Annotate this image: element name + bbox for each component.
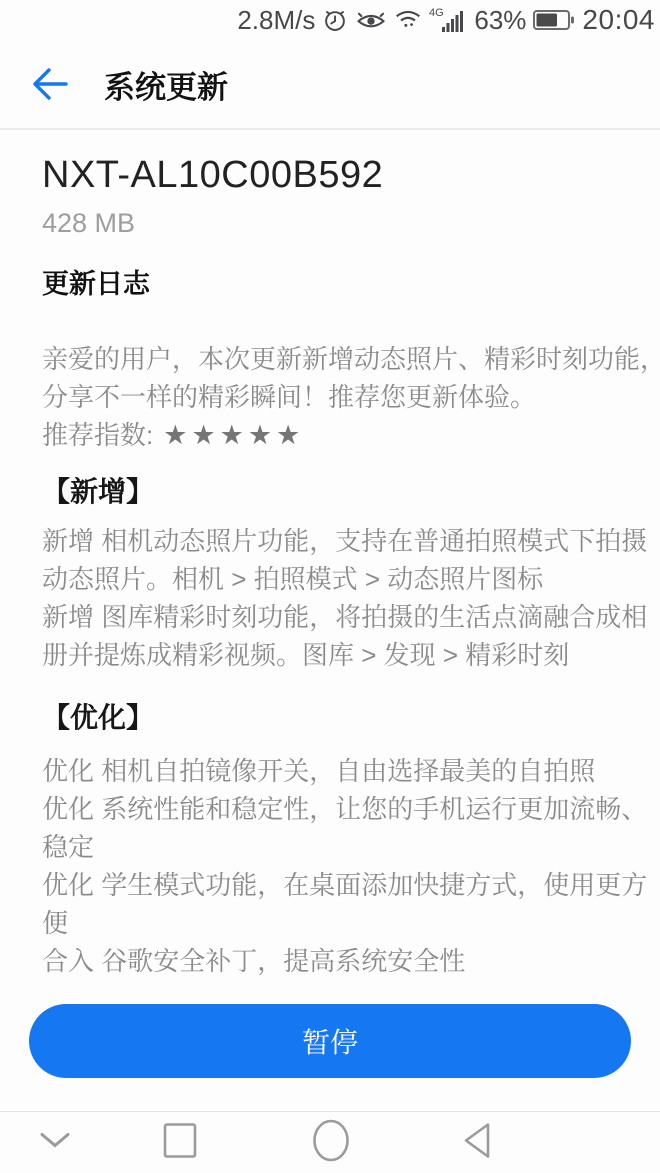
back-arrow-icon — [30, 66, 70, 102]
hide-navbar-button[interactable] — [38, 1130, 72, 1155]
section-line: 新增 相机动态照片功能，支持在普通拍照模式下拍摄 — [42, 522, 630, 560]
intro-line: 亲爱的用户，本次更新新增动态照片、精彩时刻功能， — [42, 340, 630, 378]
intro-line: 分享不一样的精彩瞬间！推荐您更新体验。 — [42, 378, 630, 416]
section-line: 稳定 — [42, 828, 630, 866]
section-line: 新增 图库精彩时刻功能，将拍摄的生活点滴融合成相 — [42, 598, 630, 636]
section-line: 优化 相机自拍镜像开关，自由选择最美的自拍照 — [42, 752, 630, 790]
navigation-bar — [0, 1111, 660, 1173]
signal-bars-icon: 4G — [429, 6, 465, 34]
section-line: 优化 学生模式功能，在桌面添加快捷方式，使用更方 — [42, 866, 630, 904]
section-new-body: 新增 相机动态照片功能，支持在普通拍照模式下拍摄 动态照片。相机 > 拍照模式 … — [42, 522, 630, 674]
update-version-title: NXT-AL10C00B592 — [42, 152, 618, 198]
section-line: 册并提炼成精彩视频。图库 > 发现 > 精彩时刻 — [42, 636, 630, 674]
section-line: 优化 系统性能和稳定性，让您的手机运行更加流畅、 — [42, 790, 630, 828]
back-button[interactable] — [30, 64, 74, 104]
network-speed: 2.8M/s — [237, 5, 315, 36]
recents-square-icon — [162, 1121, 198, 1159]
back-nav-button[interactable] — [460, 1120, 494, 1165]
app-header: 系统更新 — [0, 40, 660, 128]
chevron-down-icon — [38, 1130, 72, 1150]
section-line: 合入 谷歌安全补丁，提高系统安全性 — [42, 942, 630, 980]
section-heading-new: 【新增】 — [42, 474, 154, 510]
alarm-icon — [322, 7, 348, 33]
battery-percent: 63% — [474, 5, 526, 36]
pause-button[interactable]: 暂停 — [29, 1004, 631, 1078]
back-triangle-icon — [460, 1120, 494, 1160]
clock-time: 20:04 — [582, 4, 655, 36]
page-title: 系统更新 — [104, 62, 228, 107]
wifi-icon — [394, 7, 422, 33]
recents-button[interactable] — [162, 1121, 198, 1164]
section-line: 动态照片。相机 > 拍照模式 > 动态照片图标 — [42, 560, 630, 598]
home-circle-icon — [311, 1118, 351, 1162]
home-button[interactable] — [311, 1118, 351, 1167]
update-intro: 亲爱的用户，本次更新新增动态照片、精彩时刻功能， 分享不一样的精彩瞬间！推荐您更… — [42, 340, 630, 454]
rating-stars: ★★★★★ — [163, 420, 304, 450]
battery-icon — [533, 8, 575, 32]
rating-line: 推荐指数:★★★★★ — [42, 416, 630, 454]
section-line: 便 — [42, 904, 630, 942]
header-divider — [0, 128, 660, 130]
update-size: 428 MB — [42, 206, 135, 240]
section-heading-optimize: 【优化】 — [42, 700, 154, 736]
status-bar: 2.8M/s 4G 63% — [0, 0, 660, 40]
network-type-label: 4G — [429, 7, 444, 19]
eye-comfort-icon — [355, 7, 387, 33]
rating-label: 推荐指数: — [42, 420, 153, 450]
section-optimize-body: 优化 相机自拍镜像开关，自由选择最美的自拍照 优化 系统性能和稳定性，让您的手机… — [42, 752, 630, 980]
update-log-title: 更新日志 — [42, 266, 150, 302]
